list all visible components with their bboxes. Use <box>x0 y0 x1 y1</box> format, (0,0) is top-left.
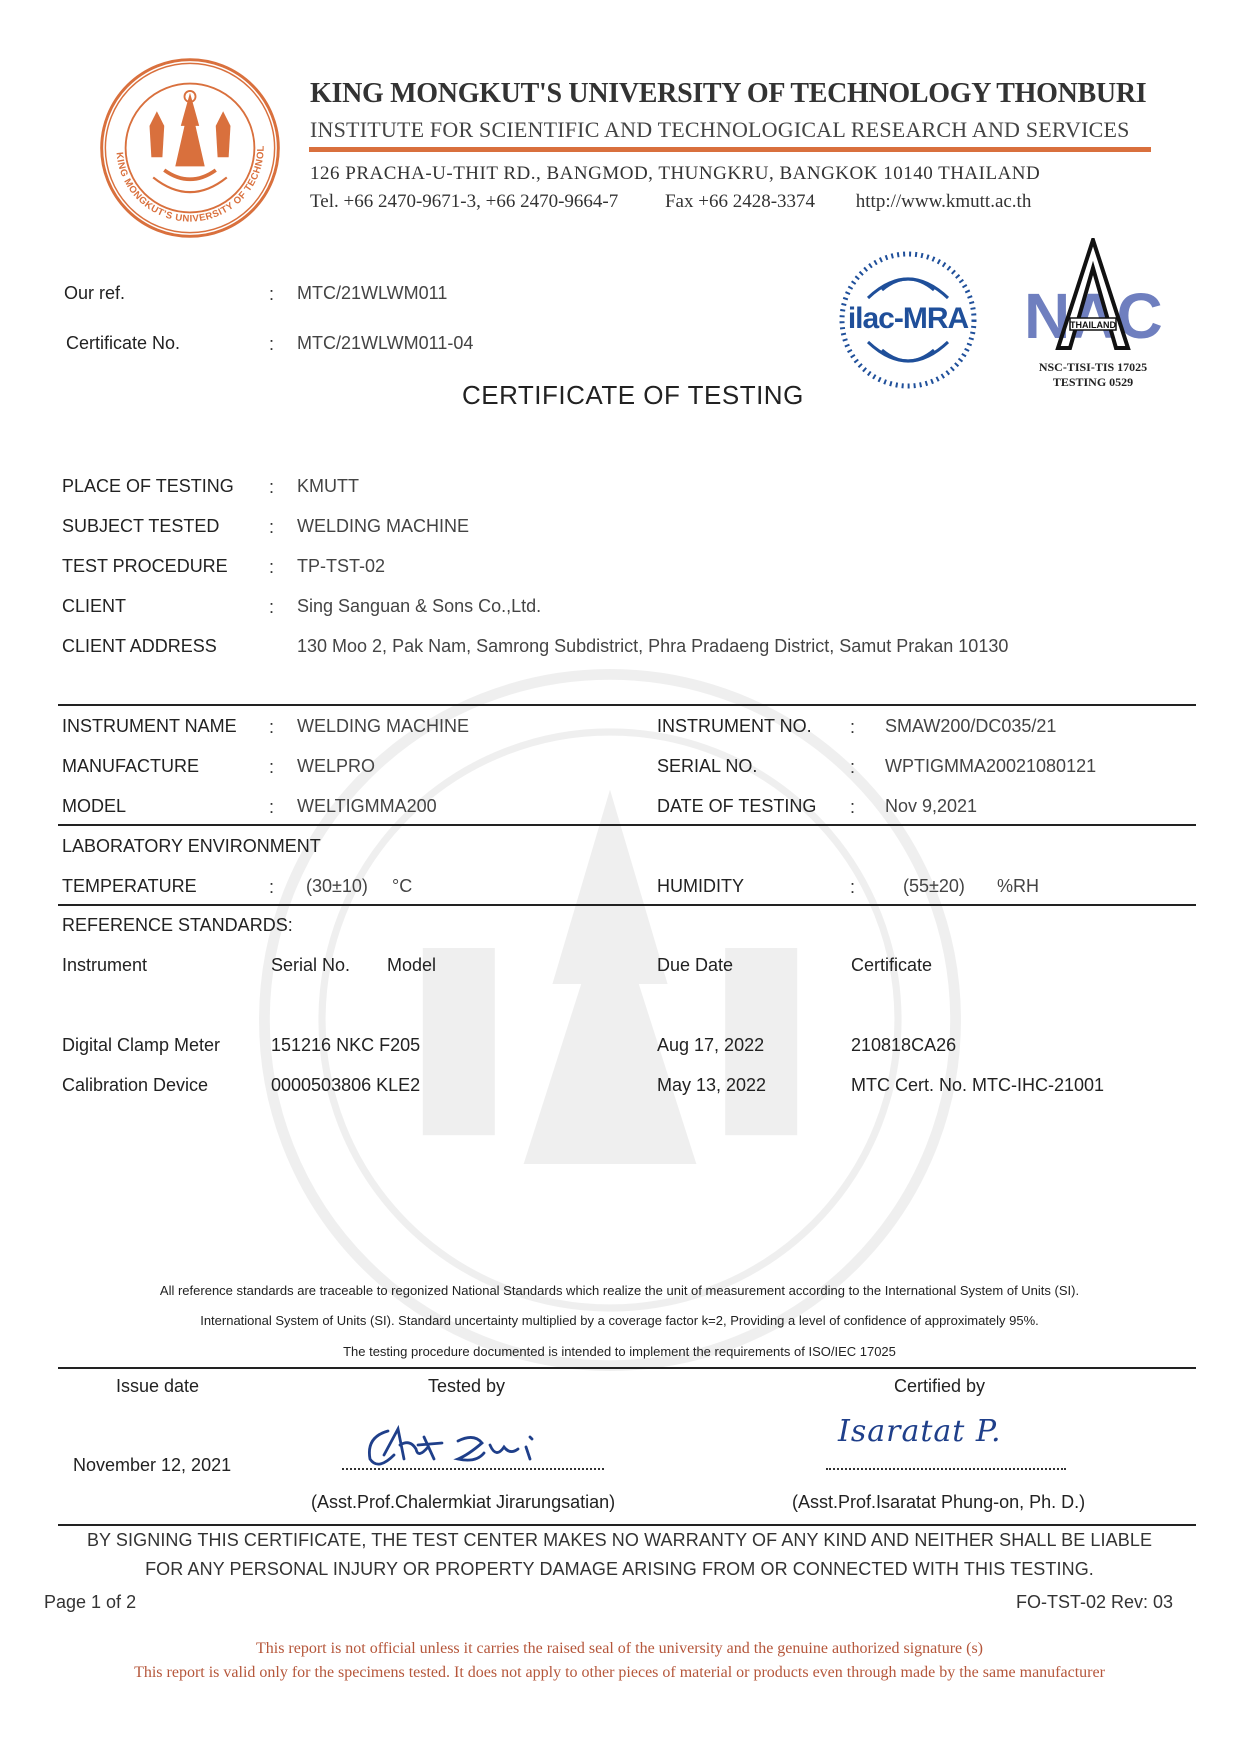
svg-text:THAILAND: THAILAND <box>1070 320 1116 330</box>
ref-due-date: May 13, 2022 <box>657 1075 766 1096</box>
column-header-certificate: Certificate <box>851 955 932 976</box>
colon: : <box>269 477 274 498</box>
colon: : <box>269 717 274 738</box>
info-label: CLIENT ADDRESS <box>62 636 217 657</box>
instrument-label: INSTRUMENT NO. <box>657 716 812 737</box>
nac-logo: NAC THAILAND NSC-TISI-TIS 17025 TESTING … <box>1018 238 1168 388</box>
issue-date-value: November 12, 2021 <box>73 1455 231 1476</box>
info-value: WELDING MACHINE <box>297 516 469 537</box>
colon: : <box>269 557 274 578</box>
nac-accreditation-line1: NSC-TISI-TIS 17025 <box>1018 360 1168 375</box>
instrument-label: MODEL <box>62 796 126 817</box>
fax: Fax +66 2428-3374 <box>665 191 815 212</box>
telephone: Tel. +66 2470-9671-3, +66 2470-9664-7 <box>310 191 618 212</box>
info-label: CLIENT <box>62 596 126 617</box>
section-divider <box>58 704 1196 706</box>
info-label: TEST PROCEDURE <box>62 556 228 577</box>
info-value: Sing Sanguan & Sons Co.,Ltd. <box>297 596 541 617</box>
ilac-mra-logo: ilac-MRA <box>838 250 978 390</box>
university-seal-icon: KING MONGKUT'S UNIVERSITY OF TECHNOLOGY … <box>98 56 282 240</box>
institute-address: 126 PRACHA-U-THIT RD., BANGMOD, THUNGKRU… <box>310 163 1040 185</box>
tester-signature-line <box>342 1468 604 1470</box>
section-divider <box>58 1524 1196 1526</box>
section-divider <box>58 904 1196 906</box>
ref-instrument: Digital Clamp Meter <box>62 1035 220 1056</box>
disclaimer-line-1: BY SIGNING THIS CERTIFICATE, THE TEST CE… <box>0 1530 1239 1551</box>
instrument-value: WELPRO <box>297 756 375 777</box>
university-name: KING MONGKUT'S UNIVERSITY OF TECHNOLOGY … <box>310 78 1146 110</box>
page-indicator: Page 1 of 2 <box>44 1592 136 1613</box>
humidity-unit: %RH <box>997 876 1039 897</box>
lab-environment-heading: LABORATORY ENVIRONMENT <box>62 836 321 857</box>
column-header-instrument: Instrument <box>62 955 147 976</box>
document-title: CERTIFICATE OF TESTING <box>462 380 804 411</box>
ref-instrument: Calibration Device <box>62 1075 208 1096</box>
temperature-value: (30±10) <box>306 876 368 897</box>
our-ref-label: Our ref. <box>64 283 125 304</box>
instrument-value: SMAW200/DC035/21 <box>885 716 1056 737</box>
traceability-note: All reference standards are traceable to… <box>0 1283 1239 1298</box>
iso-note: The testing procedure documented is inte… <box>0 1344 1239 1359</box>
colon: : <box>269 597 274 618</box>
colon: : <box>269 334 274 355</box>
certificate-no-value: MTC/21WLWM011-04 <box>297 333 473 354</box>
colon: : <box>269 757 274 778</box>
colon: : <box>850 717 855 738</box>
svg-text:NAC: NAC <box>1024 280 1163 352</box>
instrument-value: Nov 9,2021 <box>885 796 977 817</box>
instrument-label: SERIAL NO. <box>657 756 757 777</box>
nac-emblem-icon: NAC THAILAND <box>1018 238 1168 358</box>
instrument-value: WELDING MACHINE <box>297 716 469 737</box>
temperature-unit: °C <box>392 876 412 897</box>
colon: : <box>850 797 855 818</box>
info-label: SUBJECT TESTED <box>62 516 219 537</box>
nac-accreditation-line2: TESTING 0529 <box>1018 375 1168 390</box>
humidity-value: (55±20) <box>903 876 965 897</box>
tested-by-label: Tested by <box>428 1376 505 1397</box>
website-link[interactable]: http://www.kmutt.ac.th <box>856 191 1032 212</box>
colon: : <box>269 517 274 538</box>
column-header-due-date: Due Date <box>657 955 733 976</box>
institute-name: INSTITUTE FOR SCIENTIFIC AND TECHNOLOGIC… <box>310 117 1130 143</box>
certified-by-label: Certified by <box>894 1376 985 1397</box>
ref-certificate: MTC Cert. No. MTC-IHC-21001 <box>851 1075 1104 1096</box>
official-notice: This report is not official unless it ca… <box>0 1640 1239 1658</box>
ref-certificate: 210818CA26 <box>851 1035 956 1056</box>
colon: : <box>850 757 855 778</box>
contact-line: Tel. +66 2470-9671-3, +66 2470-9664-7 Fa… <box>310 191 1053 213</box>
instrument-value: WPTIGMMA20021080121 <box>885 756 1096 777</box>
colon: : <box>269 797 274 818</box>
info-label: PLACE OF TESTING <box>62 476 234 497</box>
tester-name: (Asst.Prof.Chalermkiat Jirarungsatian) <box>311 1492 615 1513</box>
column-header-model: Model <box>387 955 436 976</box>
info-value: TP-TST-02 <box>297 556 385 577</box>
colon: : <box>269 877 274 898</box>
certifier-name: (Asst.Prof.Isaratat Phung-on, Ph. D.) <box>792 1492 1085 1513</box>
ref-serial-model: 151216 NKC F205 <box>271 1035 420 1056</box>
humidity-label: HUMIDITY <box>657 876 744 897</box>
certifier-signature: Isaratat P. <box>838 1414 1002 1449</box>
temperature-label: TEMPERATURE <box>62 876 197 897</box>
colon: : <box>269 284 274 305</box>
column-header-serial: Serial No. <box>271 955 350 976</box>
disclaimer-line-2: FOR ANY PERSONAL INJURY OR PROPERTY DAMA… <box>0 1559 1239 1580</box>
certificate-no-label: Certificate No. <box>66 333 180 354</box>
validity-notice: This report is valid only for the specim… <box>0 1664 1239 1682</box>
ilac-mra-text: ilac-MRA <box>838 302 978 336</box>
instrument-value: WELTIGMMA200 <box>297 796 437 817</box>
ref-due-date: Aug 17, 2022 <box>657 1035 764 1056</box>
reference-standards-heading: REFERENCE STANDARDS: <box>62 915 293 936</box>
colon: : <box>850 877 855 898</box>
form-revision: FO-TST-02 Rev: 03 <box>1016 1592 1173 1613</box>
info-value: KMUTT <box>297 476 359 497</box>
instrument-label: MANUFACTURE <box>62 756 199 777</box>
ref-serial-model: 0000503806 KLE2 <box>271 1075 420 1096</box>
info-value: 130 Moo 2, Pak Nam, Samrong Subdistrict,… <box>297 636 1008 657</box>
section-divider <box>58 824 1196 826</box>
certifier-signature-line <box>826 1468 1066 1470</box>
header-divider <box>309 147 1151 152</box>
issue-date-label: Issue date <box>116 1376 199 1397</box>
instrument-label: INSTRUMENT NAME <box>62 716 237 737</box>
uncertainty-note: International System of Units (SI). Stan… <box>0 1313 1239 1328</box>
tester-signature-icon <box>358 1415 588 1475</box>
our-ref-value: MTC/21WLWM011 <box>297 283 447 304</box>
section-divider <box>58 1367 1196 1369</box>
instrument-label: DATE OF TESTING <box>657 796 816 817</box>
